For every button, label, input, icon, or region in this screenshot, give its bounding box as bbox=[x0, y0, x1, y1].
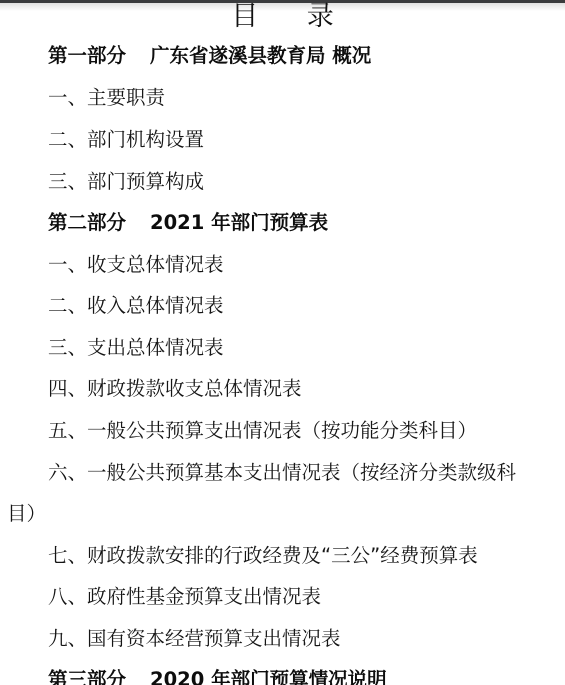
toc-item[interactable]: 三、支出总体情况表 bbox=[48, 336, 224, 360]
part-title: 广东省遂溪县教育局 概况 bbox=[150, 44, 371, 67]
toc-item-continuation[interactable]: 目） bbox=[7, 502, 46, 526]
toc-item[interactable]: 二、部门机构设置 bbox=[48, 128, 204, 152]
part-number: 第三部分 bbox=[48, 668, 126, 685]
toc-item[interactable]: 八、政府性基金预算支出情况表 bbox=[48, 585, 321, 609]
toc-item[interactable]: 七、财政拨款安排的行政经费及“三公”经费预算表 bbox=[48, 544, 478, 568]
toc-part-2-heading[interactable]: 第二部分2021 年部门预算表 bbox=[48, 211, 328, 235]
toc-item[interactable]: 三、部门预算构成 bbox=[48, 170, 204, 194]
toc-item[interactable]: 五、一般公共预算支出情况表（按功能分类科目） bbox=[48, 419, 477, 443]
toc-item[interactable]: 一、主要职责 bbox=[48, 86, 165, 110]
toc-item[interactable]: 一、收支总体情况表 bbox=[48, 253, 224, 277]
toc-part-3-heading[interactable]: 第三部分2020 年部门预算情况说明 bbox=[48, 668, 387, 685]
toc-item[interactable]: 九、国有资本经营预算支出情况表 bbox=[48, 627, 341, 651]
part-number: 第一部分 bbox=[48, 44, 126, 67]
part-number: 第二部分 bbox=[48, 211, 126, 234]
toc-part-1-heading[interactable]: 第一部分广东省遂溪县教育局 概况 bbox=[48, 44, 371, 68]
part-title: 2020 年部门预算情况说明 bbox=[150, 668, 387, 685]
document-page: 目 录 第一部分广东省遂溪县教育局 概况 一、主要职责 二、部门机构设置 三、部… bbox=[0, 0, 565, 685]
toc-item[interactable]: 六、一般公共预算基本支出情况表（按经济分类款级科 bbox=[48, 461, 516, 485]
toc-item[interactable]: 二、收入总体情况表 bbox=[48, 294, 224, 318]
part-title: 2021 年部门预算表 bbox=[150, 211, 328, 234]
toc-item[interactable]: 四、财政拨款收支总体情况表 bbox=[48, 377, 302, 401]
page-title: 目 录 bbox=[0, 1, 565, 33]
